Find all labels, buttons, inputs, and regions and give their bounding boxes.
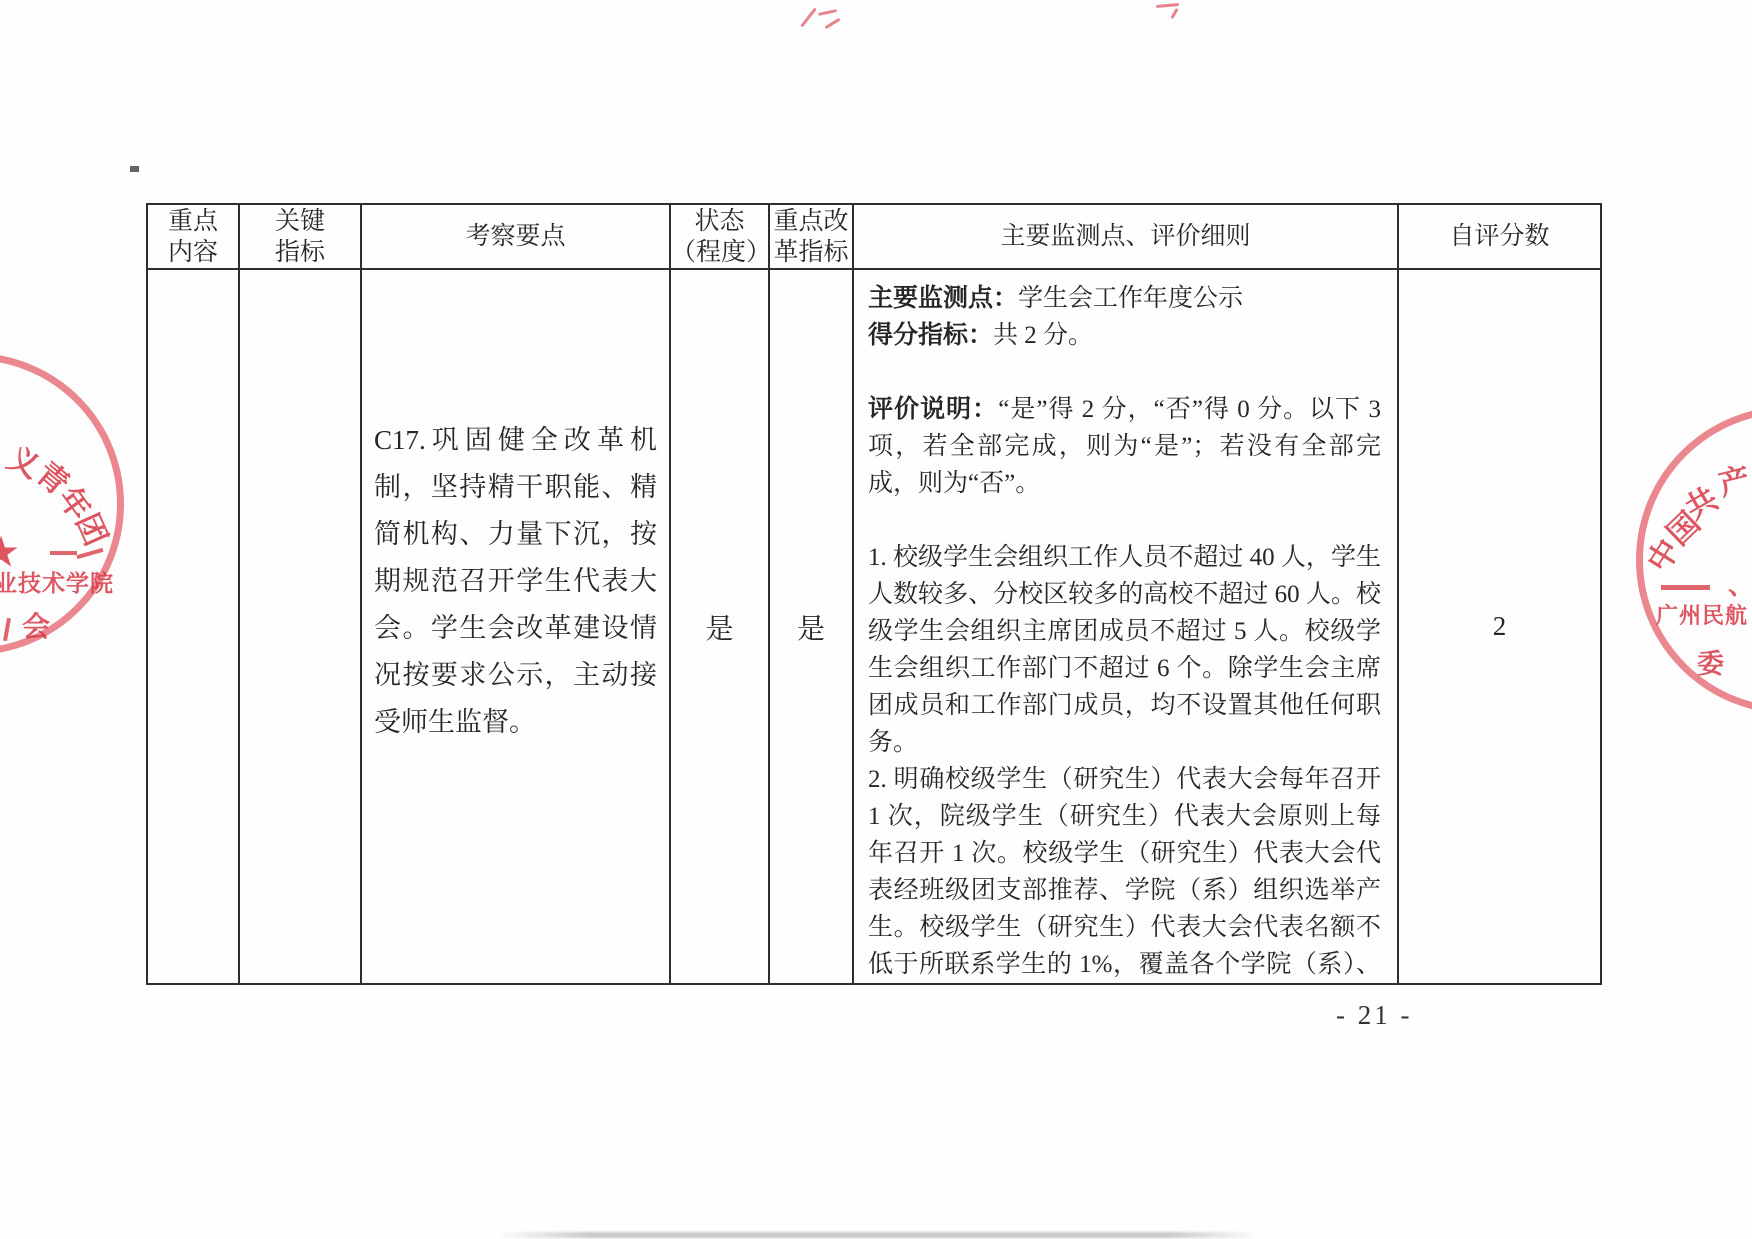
stamp-left-emblem-stroke: [50, 551, 77, 555]
header-status: 状态 （程度）: [671, 205, 770, 270]
stamp-right-arc-char: 国: [1662, 507, 1706, 551]
evaluation-paragraph: 评价说明：“是”得 2 分，“否”得 0 分。以下 3 项，若全部完成，则为“是…: [868, 391, 1381, 502]
ink-mark: [1170, 8, 1178, 19]
cell-key-indicator: [240, 270, 362, 983]
stamp-right-bottom-char: 委: [1697, 651, 1724, 678]
scan-speck: [130, 166, 139, 172]
ink-mark: [818, 9, 837, 16]
scan-smudge: [498, 1232, 1260, 1238]
evaluation-paragraph-label: 评价说明：: [868, 395, 998, 423]
cell-status-value: 是: [671, 270, 770, 983]
evaluation-paragraph-label: 主要监测点：: [868, 284, 1018, 312]
ink-mark: [800, 8, 817, 28]
stamp-right-circle-icon: [1636, 406, 1752, 714]
stamp-right-arc-char: 中: [1642, 534, 1685, 577]
header-monitoring-points: 主要监测点、评价细则: [854, 205, 1399, 270]
evaluation-table: 重点 内容 关键 指标 考察要点 状态 （程度） 重点改 革指标 主要监测点、评…: [146, 203, 1602, 985]
stamp-left-arc-char: 团: [71, 509, 112, 550]
cell-key-reform-value: 是: [770, 270, 854, 983]
scanned-page: 重点 内容 关键 指标 考察要点 状态 （程度） 重点改 革指标 主要监测点、评…: [0, 0, 1752, 1239]
evaluation-paragraph: 2. 明确校级学生（研究生）代表大会每年召开 1 次，院级学生（研究生）代表大会…: [868, 761, 1381, 983]
stamp-right-arc-char: 共: [1680, 482, 1722, 524]
stamp-right-emblem-stroke: [1661, 585, 1710, 590]
evaluation-cell: 主要监测点：学生会工作年度公示得分指标：共 2 分。评价说明：“是”得 2 分，…: [854, 270, 1399, 983]
stamp-left-arc-char: 义: [3, 442, 44, 483]
stamp-left-arc-char: 年: [53, 482, 96, 525]
cell-key-content: [148, 270, 240, 983]
stamp-right-comma: 、: [1728, 572, 1752, 598]
evaluation-paragraph: 1. 校级学生会组织工作人员不超过 40 人，学生人数较多、分校区较多的高校不超…: [868, 539, 1381, 761]
header-inspection-points: 考察要点: [362, 205, 671, 270]
evaluation-paragraph-label: 得分指标：: [868, 321, 993, 349]
stamp-left-circle-icon: [0, 353, 124, 655]
cell-self-score-value: 2: [1399, 270, 1600, 983]
stamp-left-emblem-stroke: [3, 618, 11, 641]
header-key-indicator: 关键 指标: [240, 205, 362, 270]
inspection-points-text: C17.巩固健全改革机制，坚持精干职能、精简机构、力量下沉，按期规范召开学生代表…: [374, 417, 657, 746]
header-self-score: 自评分数: [1399, 205, 1600, 270]
cell-inspection-points: C17.巩固健全改革机制，坚持精干职能、精简机构、力量下沉，按期规范召开学生代表…: [362, 270, 671, 983]
page-number: - 21 -: [1336, 1000, 1412, 1031]
evaluation-paragraph: 主要监测点：学生会工作年度公示: [868, 280, 1381, 317]
stamp-left-bottom-char: 会: [22, 613, 50, 641]
header-key-reform-indicator: 重点改 革指标: [770, 205, 854, 270]
stamp-left-star-icon: ★: [0, 534, 18, 572]
stamp-left-middle-text: 业技术学院: [0, 572, 114, 595]
stamp-left-arc-char: 青: [31, 457, 75, 501]
evaluation-paragraph: 得分指标：共 2 分。: [868, 317, 1381, 354]
header-key-content: 重点 内容: [148, 205, 240, 270]
stamp-right-middle-text: 广州民航: [1656, 605, 1748, 627]
ink-mark: [824, 18, 840, 30]
stamp-right-arc-char: 产: [1716, 463, 1752, 501]
stamp-left-emblem-stroke: [76, 548, 103, 559]
